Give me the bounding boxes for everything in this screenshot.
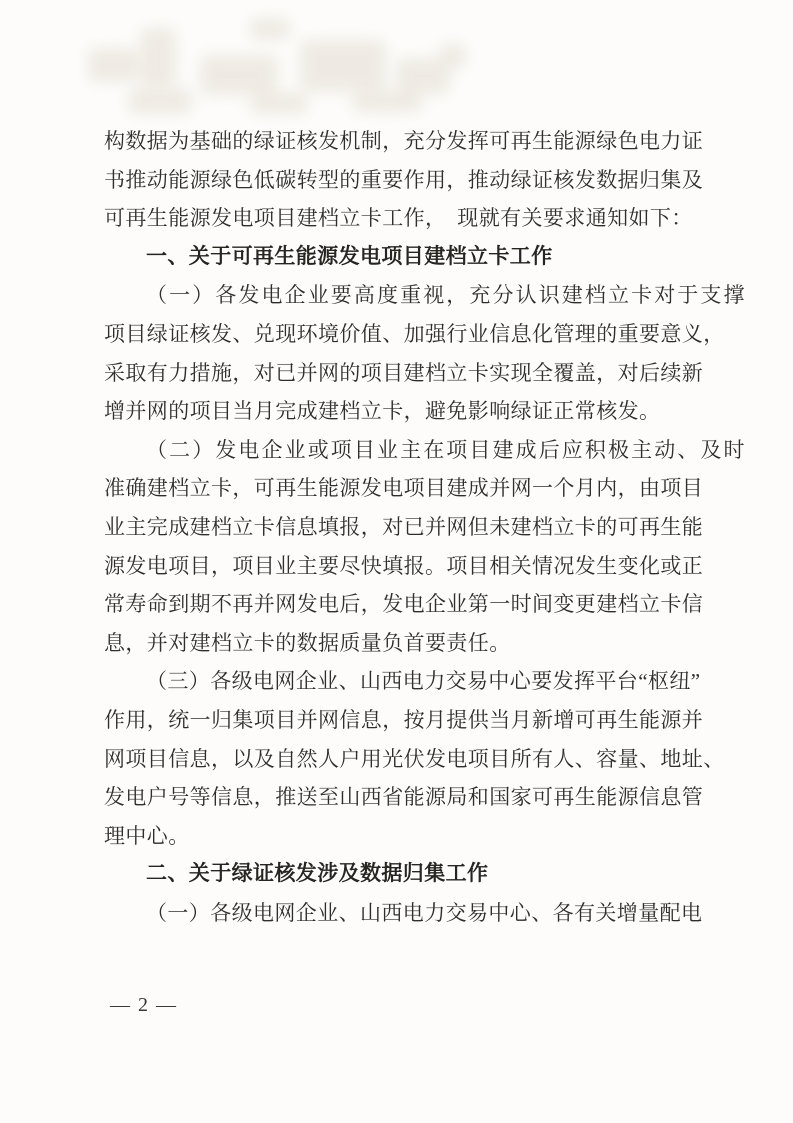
section-heading-1: 一、关于可再生能源发电项目建档立卡工作 <box>104 238 708 277</box>
text-line: 发电户号等信息，推送至山西省能源局和国家可再生能源信息管 <box>104 778 708 817</box>
text-line: 构数据为基础的绿证核发机制，充分发挥可再生能源绿色电力证 <box>104 122 708 161</box>
text-line: 采取有力措施，对已并网的项目建档立卡实现全覆盖，对后续新 <box>104 354 708 393</box>
text-line: （三）各级电网企业、山西电力交易中心要发挥平台“枢纽” <box>104 662 708 701</box>
bleedthrough-smudge <box>440 44 466 68</box>
text-line: 可再生能源发电项目建档立卡工作， 现就有关要求通知如下： <box>104 199 708 238</box>
text-line: 业主完成建档立卡信息填报，对已并网但未建档立卡的可再生能 <box>104 508 708 547</box>
document-page: 构数据为基础的绿证核发机制，充分发挥可再生能源绿色电力证 书推动能源绿色低碳转型… <box>0 0 793 1123</box>
text-line: 作用，统一归集项目并网信息，按月提供当月新增可再生能源并 <box>104 701 708 740</box>
bleedthrough-smudge <box>300 40 386 92</box>
text-line: 网项目信息，以及自然人户用光伏发电项目所有人、容量、地址、 <box>104 740 708 779</box>
text-line: 项目绿证核发、兑现环境价值、加强行业信息化管理的重要意义， <box>104 315 708 354</box>
text-line: 增并网的项目当月完成建档立卡，避免影响绿证正常核发。 <box>104 392 708 431</box>
text-line: （一）各级电网企业、山西电力交易中心、各有关增量配电 <box>104 894 708 933</box>
text-line: 常寿命到期不再并网发电后，发电企业第一时间变更建档立卡信 <box>104 585 708 624</box>
text-line: 书推动能源绿色低碳转型的重要作用，推动绿证核发数据归集及 <box>104 161 708 200</box>
bleedthrough-smudge <box>250 18 290 40</box>
text-line: 理中心。 <box>104 817 708 856</box>
bleedthrough-smudge <box>200 55 278 95</box>
bleedthrough-smudge <box>140 28 176 88</box>
bleedthrough-smudge <box>88 48 140 82</box>
text-line: 源发电项目，项目业主要尽快填报。项目相关情况发生变化或正 <box>104 547 708 586</box>
text-line: 息，并对建档立卡的数据质量负首要责任。 <box>104 624 708 663</box>
bleedthrough-smudge <box>128 88 192 114</box>
text-line: （一）各发电企业要高度重视，充分认识建档立卡对于支撑 <box>104 276 708 315</box>
page-number: — 2 — <box>110 994 178 1017</box>
bleedthrough-smudge <box>250 92 308 114</box>
text-line: （二）发电企业或项目业主在项目建成后应积极主动、及时 <box>104 431 708 470</box>
document-body: 构数据为基础的绿证核发机制，充分发挥可再生能源绿色电力证 书推动能源绿色低碳转型… <box>104 122 708 932</box>
text-line: 准确建档立卡，可再生能源发电项目建成并网一个月内，由项目 <box>104 469 708 508</box>
section-heading-2: 二、关于绿证核发涉及数据归集工作 <box>104 855 708 894</box>
